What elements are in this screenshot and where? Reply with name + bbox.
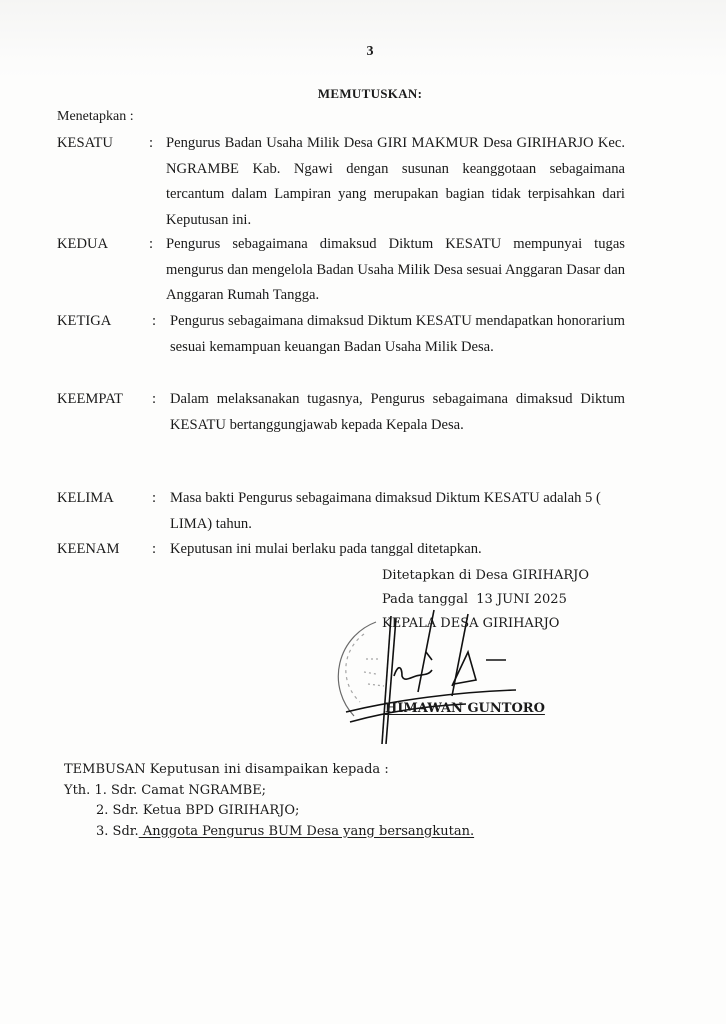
dictum-kedua: KEDUA : Pengurus sebagaimana dimaksud Di… — [57, 232, 625, 309]
tembusan-item: Yth. 1. Sdr. Camat NGRAMBE; — [64, 781, 474, 802]
dictum-label: KELIMA — [57, 486, 147, 512]
dictum-text: Pengurus Badan Usaha Milik Desa GIRI MAK… — [166, 131, 625, 233]
signature-place: Ditetapkan di Desa GIRIHARJO — [382, 564, 589, 588]
dictum-label: KESATU — [57, 131, 147, 157]
dictum-label: KEENAM — [57, 537, 147, 563]
dictum-text: Keputusan ini mulai berlaku pada tanggal… — [170, 537, 625, 563]
tembusan-item: 3. Sdr. Anggota Pengurus BUM Desa yang b… — [64, 822, 474, 843]
dictum-colon: : — [149, 232, 153, 258]
scan-bleed-through — [0, 0, 726, 80]
menetapkan-label: Menetapkan : — [57, 109, 134, 125]
dictum-colon: : — [152, 387, 156, 413]
dictum-text: Masa bakti Pengurus sebagaimana dimaksud… — [170, 486, 625, 537]
tembusan-item: 2. Sdr. Ketua BPD GIRIHARJO; — [64, 801, 474, 822]
dictum-colon: : — [149, 131, 153, 157]
signer-name: HIMAWAN GUNTORO — [385, 701, 545, 716]
page-number: 3 — [0, 44, 726, 60]
dictum-text: Dalam melaksanakan tugasnya, Pengurus se… — [170, 387, 625, 438]
tembusan-section: TEMBUSAN Keputusan ini disampaikan kepad… — [64, 760, 474, 842]
village-stamp-and-signature-icon — [336, 604, 566, 744]
dictum-ketiga: KETIGA : Pengurus sebagaimana dimaksud D… — [57, 309, 625, 360]
dictum-colon: : — [152, 486, 156, 512]
dictum-label: KETIGA — [57, 309, 147, 335]
decision-title: MEMUTUSKAN: — [0, 86, 726, 102]
dictum-label: KEEMPAT — [57, 387, 147, 413]
dictum-keenam: KEENAM : Keputusan ini mulai berlaku pad… — [57, 537, 625, 563]
dictum-label: KEDUA — [57, 232, 147, 258]
dictum-colon: : — [152, 309, 156, 335]
dictum-kelima: KELIMA : Masa bakti Pengurus sebagaimana… — [57, 486, 625, 537]
dictum-keempat: KEEMPAT : Dalam melaksanakan tugasnya, P… — [57, 387, 625, 438]
dictum-text: Pengurus sebagaimana dimaksud Diktum KES… — [166, 232, 625, 309]
dictum-colon: : — [152, 537, 156, 563]
dictum-text: Pengurus sebagaimana dimaksud Diktum KES… — [170, 309, 625, 360]
tembusan-heading: TEMBUSAN Keputusan ini disampaikan kepad… — [64, 760, 474, 781]
dictum-kesatu: KESATU : Pengurus Badan Usaha Milik Desa… — [57, 131, 625, 233]
